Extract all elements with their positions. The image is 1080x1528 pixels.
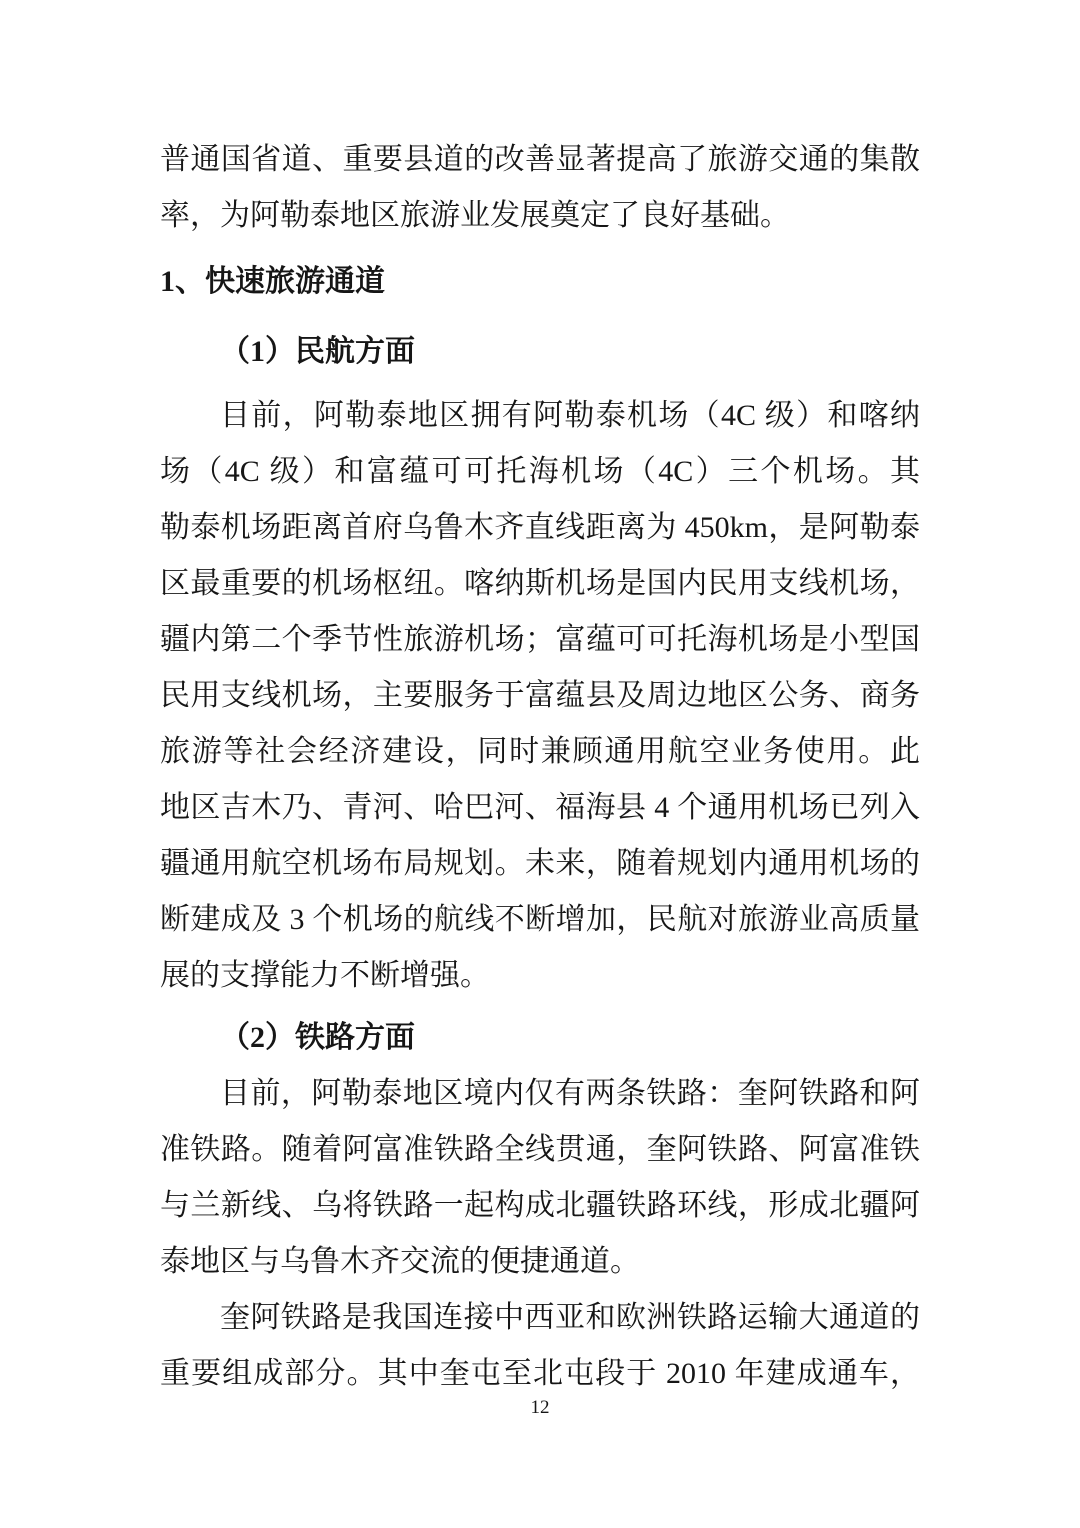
paragraph-railway-overview: 目前，阿勒泰地区境内仅有两条铁路：奎阿铁路和阿富 准铁路。随着阿富准铁路全线贯通… [160, 1066, 920, 1290]
text-line: 普通国省道、重要县道的改善显著提高了旅游交通的集散效 [160, 132, 920, 188]
text-line: 旅游等社会经济建设，同时兼顾通用航空业务使用。此外， [160, 724, 920, 780]
text-line: 泰地区与乌鲁木齐交流的便捷通道。 [160, 1234, 920, 1290]
page-number: 12 [0, 1394, 1080, 1422]
document-page: 普通国省道、重要县道的改善显著提高了旅游交通的集散效 率，为阿勒泰地区旅游业发展… [0, 0, 1080, 1528]
text-line: 目前，阿勒泰地区境内仅有两条铁路：奎阿铁路和阿富 [160, 1066, 920, 1122]
text-line: 场（4C 级）和富蕴可可托海机场（4C）三个机场。其中，阿 [160, 444, 920, 500]
paragraph-civil-aviation: 目前，阿勒泰地区拥有阿勒泰机场（4C 级）和喀纳斯机 场（4C 级）和富蕴可可托… [160, 388, 920, 1004]
subsection-heading-civil-aviation: （1）民航方面 [160, 324, 920, 380]
subsection-heading-railway: （2）铁路方面 [160, 1010, 920, 1066]
text-line: 勒泰机场距离首府乌鲁木齐直线距离为 450km，是阿勒泰地 [160, 500, 920, 556]
text-line: 疆通用航空机场布局规划。未来，随着规划内通用机场的不 [160, 836, 920, 892]
text-line: 与兰新线、乌将铁路一起构成北疆铁路环线，形成北疆阿勒 [160, 1178, 920, 1234]
text-line: 展的支撑能力不断增强。 [160, 948, 920, 1004]
text-line: 疆内第二个季节性旅游机场；富蕴可可托海机场是小型国内 [160, 612, 920, 668]
text-line: 准铁路。随着阿富准铁路全线贯通，奎阿铁路、阿富准铁路 [160, 1122, 920, 1178]
paragraph-kuia-railway: 奎阿铁路是我国连接中西亚和欧洲铁路运输大通道的 重要组成部分。其中奎屯至北屯段于… [160, 1290, 920, 1402]
text-line: 奎阿铁路是我国连接中西亚和欧洲铁路运输大通道的 [160, 1290, 920, 1346]
section-heading-fast-tourism-channels: 1、快速旅游通道 [160, 254, 920, 310]
text-line: 民用支线机场，主要服务于富蕴县及周边地区公务、商务及 [160, 668, 920, 724]
document-body: 普通国省道、重要县道的改善显著提高了旅游交通的集散效 率，为阿勒泰地区旅游业发展… [160, 132, 920, 1402]
text-line: 率，为阿勒泰地区旅游业发展奠定了良好基础。 [160, 188, 920, 244]
text-line: 地区吉木乃、青河、哈巴河、福海县 4 个通用机场已列入新 [160, 780, 920, 836]
paragraph-road-summary: 普通国省道、重要县道的改善显著提高了旅游交通的集散效 率，为阿勒泰地区旅游业发展… [160, 132, 920, 244]
text-line: 断建成及 3 个机场的航线不断增加，民航对旅游业高质量发 [160, 892, 920, 948]
text-line: 区最重要的机场枢纽。喀纳斯机场是国内民用支线机场，是 [160, 556, 920, 612]
text-line: 目前，阿勒泰地区拥有阿勒泰机场（4C 级）和喀纳斯机 [160, 388, 920, 444]
